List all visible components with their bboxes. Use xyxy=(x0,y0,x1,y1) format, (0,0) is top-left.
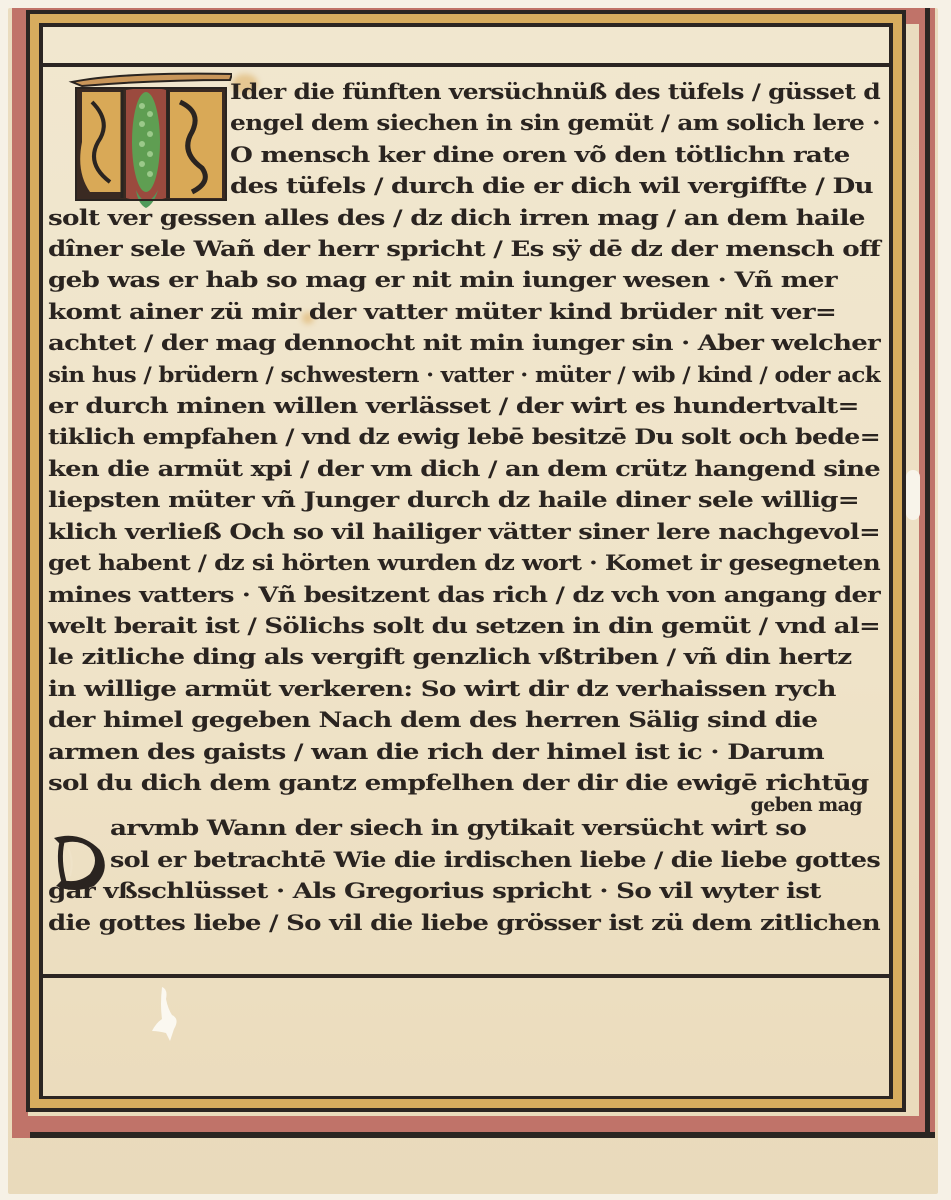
text-line: komt ainer zü mir der vatter müter kind … xyxy=(48,296,886,327)
text-line: die gottes liebe / So vil die liebe grös… xyxy=(48,907,886,938)
text-line: engel dem siechen in sin gemüt / am soli… xyxy=(48,107,886,138)
text-line: in willige armüt verkeren: So wirt dir d… xyxy=(48,673,886,704)
text-line: mines vatters · Vñ besitzent das rich / … xyxy=(48,579,886,610)
text-line: sol er betrachtē Wie die irdischen liebe… xyxy=(48,844,886,875)
text-line: gar vßschlüsset · Als Gregorius spricht … xyxy=(48,875,886,906)
text-line: er durch minen willen verlässet / der wi… xyxy=(48,390,886,421)
text-line: liepsten müter vñ Junger durch dz haile … xyxy=(48,484,886,515)
text-line: dîner sele Wañ der herr spricht / Es sÿ … xyxy=(48,233,886,264)
text-line-tail: geben mag xyxy=(48,798,886,812)
initial-d xyxy=(50,830,110,892)
second-paragraph: arvmb Wann der siech in gytikait versüch… xyxy=(48,812,886,938)
text-line: achtet / der mag dennocht nit min iunger… xyxy=(48,327,886,358)
text-line: der himel gegeben Nach dem des herren Sä… xyxy=(48,704,886,735)
text-line: arvmb Wann der siech in gytikait versüch… xyxy=(48,812,886,843)
text-line: Ider die fünften versüchnüß des tüfels /… xyxy=(48,76,886,107)
text-line: welt berait ist / Sölichs solt du setzen… xyxy=(48,610,886,641)
text-line: klich verließ Och so vil hailiger vätter… xyxy=(48,516,886,547)
paper-edge-tear xyxy=(906,470,920,520)
text-line: tiklich empfahen / vnd dz ewig lebē besi… xyxy=(48,421,886,452)
top-strip-rule xyxy=(43,63,889,67)
text-line: sin hus / brüdern / schwestern · vatter … xyxy=(48,359,886,390)
outer-bottom-rule xyxy=(30,1132,935,1138)
text-line: ken die armüt xpi / der vm dich / an dem… xyxy=(48,453,886,484)
text-line: sol du dich dem gantz empfelhen der dir … xyxy=(48,767,886,798)
text-line: des tüfels / durch die er dich wil vergi… xyxy=(48,170,886,201)
text-line: get habent / dz si hörten wurden dz wort… xyxy=(48,547,886,578)
paper-damage-hole xyxy=(150,985,184,1045)
text-line: le zitliche ding als vergift genzlich vß… xyxy=(48,641,886,672)
text-line: solt ver gessen alles des / dz dich irre… xyxy=(48,202,886,233)
text-line: O mensch ker dine oren võ den tötlichn r… xyxy=(48,139,886,170)
outer-right-rule xyxy=(925,8,930,1138)
bottom-box-rule xyxy=(43,974,889,978)
text-line: armen des gaists / wan die rich der hime… xyxy=(48,736,886,767)
text-line: geb was er hab so mag er nit min iunger … xyxy=(48,264,886,295)
main-text-block: Ider die fünften versüchnüß des tüfels /… xyxy=(48,76,886,938)
